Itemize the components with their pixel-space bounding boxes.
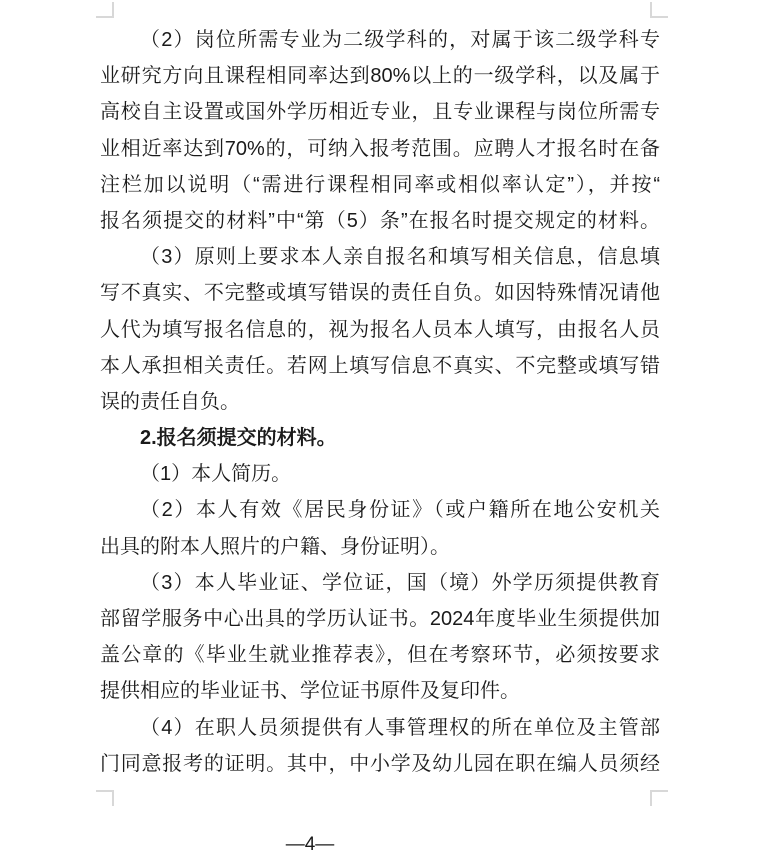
text-line: （3）本人毕业证、学位证，国（境）外学历须提供教育 (100, 565, 660, 601)
text-line: 人代为填写报名信息的，视为报名人员本人填写，由报名人员 (100, 312, 660, 348)
document-text-block: （2）岗位所需专业为二级学科的，对属于该二级学科专业研究方向且课程相同率达到80… (100, 22, 660, 782)
text-boundary-mark-top-left (96, 2, 114, 18)
text-line: 本人承担相关责任。若网上填写信息不真实、不完整或填写错 (100, 348, 660, 384)
text-line: 业研究方向且课程相同率达到80%以上的一级学科，以及属于 (100, 58, 660, 94)
text-line: （2）本人有效《居民身份证》（或户籍所在地公安机关 (100, 492, 660, 528)
text-line: （3）原则上要求本人亲自报名和填写相关信息，信息填 (100, 239, 660, 275)
text-line: 业相近率达到70%的，可纳入报考范围。应聘人才报名时在备 (100, 131, 660, 167)
text-line: 出具的附本人照片的户籍、身份证明）。 (100, 529, 660, 565)
text-boundary-mark-bottom-left (96, 790, 114, 806)
text-line: 误的责任自负。 (100, 384, 660, 420)
text-line: （4）在职人员须提供有人事管理权的所在单位及主管部 (100, 710, 660, 746)
text-line: 部留学服务中心出具的学历认证书。2024年度毕业生须提供加 (100, 601, 660, 637)
text-boundary-mark-top-right (650, 2, 668, 18)
text-line: 高校自主设置或国外学历相近专业，且专业课程与岗位所需专 (100, 94, 660, 130)
document-page: （2）岗位所需专业为二级学科的，对属于该二级学科专业研究方向且课程相同率达到80… (0, 0, 759, 863)
text-line: 注栏加以说明（“需进行课程相同率或相似率认定”），并按“ (100, 167, 660, 203)
text-line: 2.报名须提交的材料。 (100, 420, 660, 456)
text-line: 提供相应的毕业证书、学位证书原件及复印件。 (100, 673, 660, 709)
text-line: 写不真实、不完整或填写错误的责任自负。如因特殊情况请他 (100, 275, 660, 311)
text-line: 报名须提交的材料”中“第（5）条”在报名时提交规定的材料。 (100, 203, 660, 239)
text-line: 门同意报考的证明。其中，中小学及幼儿园在职在编人员须经 (100, 746, 660, 782)
text-line: 盖公章的《毕业生就业推荐表》，但在考察环节，必须按要求 (100, 637, 660, 673)
text-line: （2）岗位所需专业为二级学科的，对属于该二级学科专 (100, 22, 660, 58)
text-boundary-mark-bottom-right (650, 790, 668, 806)
text-line: （1）本人简历。 (100, 456, 660, 492)
page-number: —4— (100, 834, 520, 856)
